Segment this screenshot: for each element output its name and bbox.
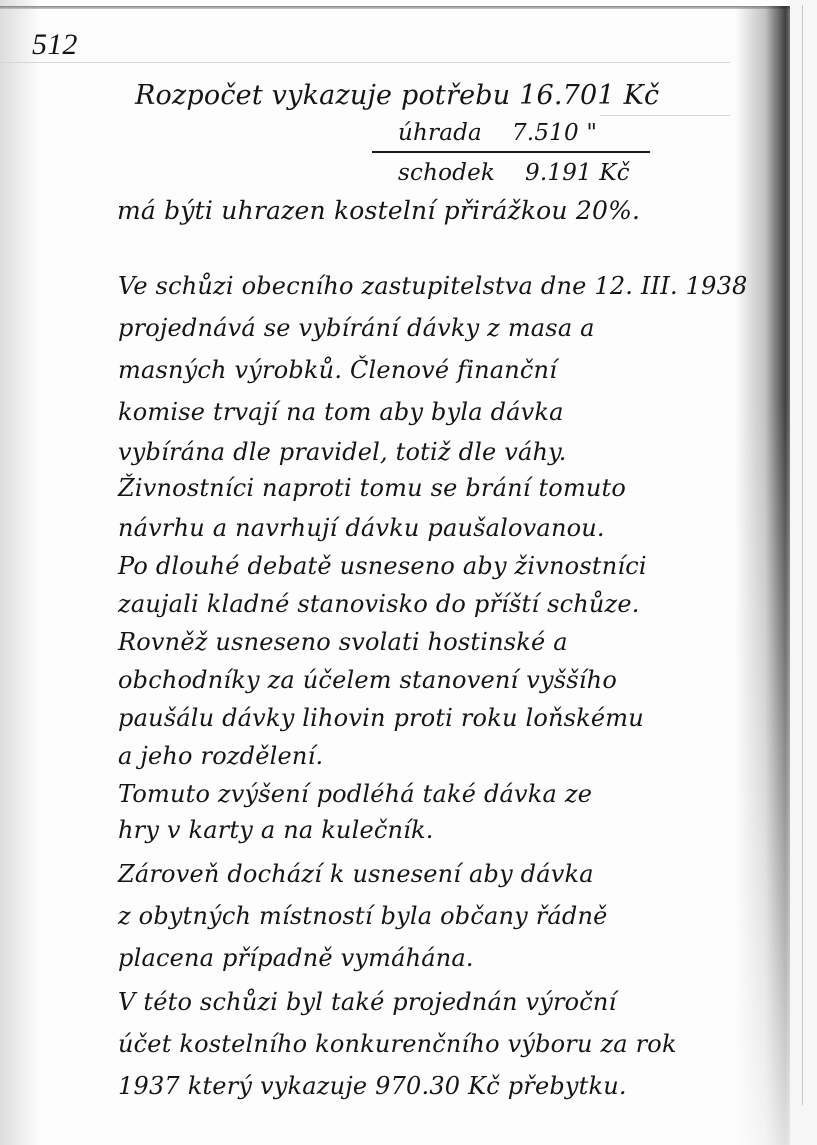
text-line: Ve schůzi obecního zastupitelstva dne 12… [118,272,748,300]
text-line: hry v karty a na kulečník. [118,816,434,844]
binding-shadow [735,6,790,1145]
faint-ruled-line [600,115,730,116]
deficit-label: schodek [398,160,495,186]
text-line: V této schůzi byl také projednán výroční [118,988,616,1016]
text-line: Tomuto zvýšení podléhá také dávka ze [118,780,592,808]
text-line: komise trvají na tom aby byla dávka [118,398,564,426]
text-line: zaujali kladné stanovisko do příští schů… [118,590,640,618]
covered-value: 7.510 " [512,120,597,146]
budget-covered-line: úhrada7.510 " [398,120,597,146]
text-line: vybírána dle pravidel, totiž dle váhy. [118,438,567,466]
budget-requirement-line: Rozpočet vykazuje potřebu 16.701 Kč [135,80,659,111]
text-line: Rovněž usneseno svolati hostinské a [118,628,568,656]
text-line: projednává se vybírání dávky z masa a [118,314,595,342]
text-line: a jeho rozdělení. [118,742,323,770]
text-line: Po dlouhé debatě usneseno aby živnostníc… [118,552,647,580]
text-line: Živnostníci naproti tomu se brání tomuto [118,474,626,502]
text-line: obchodníky za účelem stanovení vyššího [118,666,617,694]
right-margin [790,0,817,1145]
text-line: účet kostelního konkurenčního výboru za … [118,1030,677,1058]
sum-underline [372,151,650,153]
deficit-value: 9.191 Kč [525,160,630,186]
page-top-edge [0,6,790,9]
text-line: návrhu a navrhují dávku paušalovanou. [118,514,605,542]
budget-coverage-note: má býti uhrazen kostelní přirážkou 20%. [117,196,640,225]
text-line: Zároveň dochází k usnesení aby dávka [118,860,594,888]
covered-label: úhrada [398,120,482,146]
page-number: 512 [32,28,78,62]
text-line: 1937 který vykazuje 970.30 Kč přebytku. [118,1072,627,1100]
right-margin-line [802,5,803,1105]
scanned-page: 512 Rozpočet vykazuje potřebu 16.701 Kč … [0,0,817,1145]
text-line: placena případně vymáhána. [118,944,474,972]
scan-noise-left [0,0,40,1145]
text-line: paušálu dávky lihovin proti roku loňském… [118,704,644,732]
text-line: z obytných místností byla občany řádně [118,902,608,930]
faint-ruled-line [0,62,730,63]
text-line: masných výrobků. Členové finanční [118,356,557,384]
budget-deficit-line: schodek9.191 Kč [398,160,630,186]
